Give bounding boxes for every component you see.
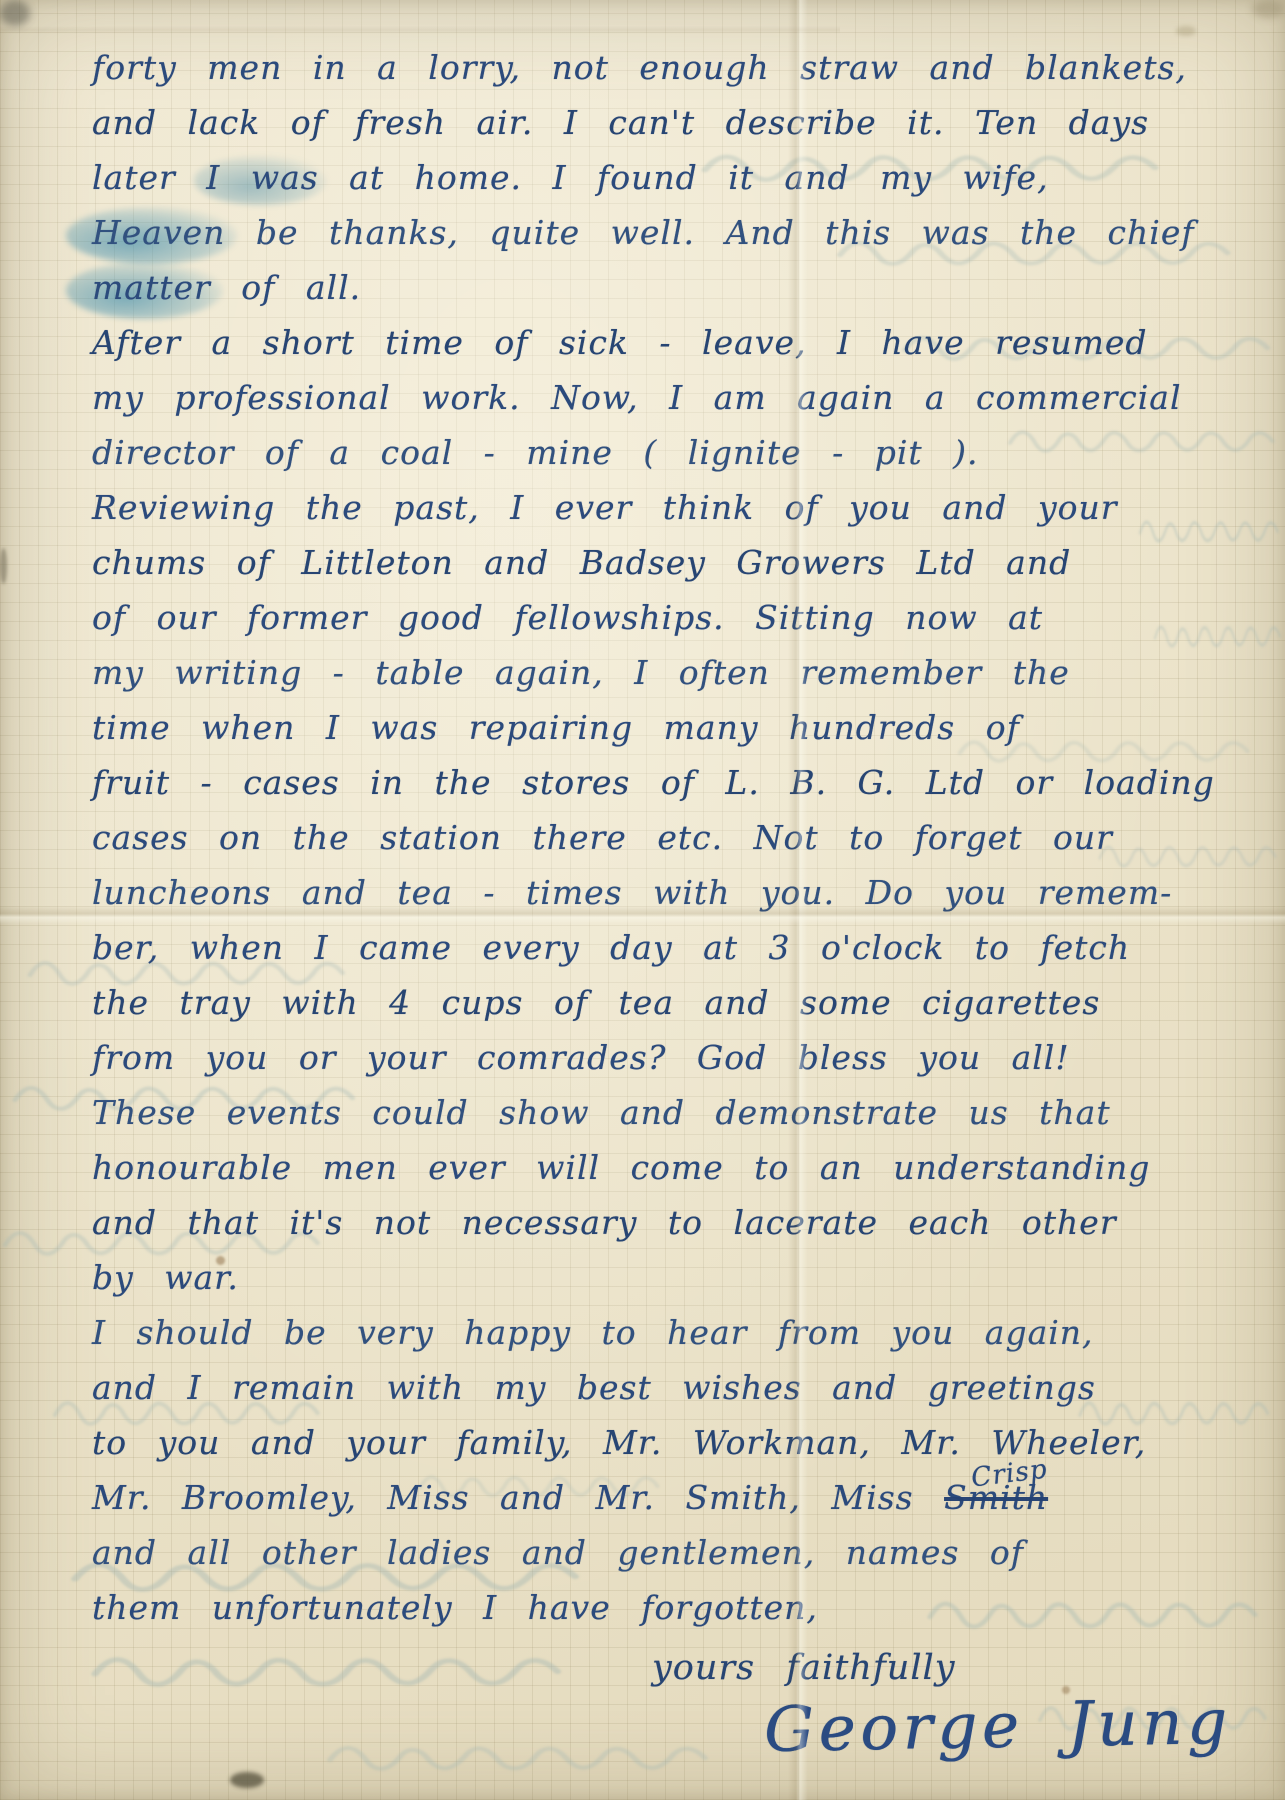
- line-text: These events could show and demonstrate …: [92, 1093, 1111, 1132]
- letter-line: my professional work. Now, I am again a …: [92, 370, 1227, 425]
- letter-line: chums of Littleton and Badsey Growers Lt…: [92, 535, 1227, 590]
- ink-smudged-word: Heaven: [92, 213, 225, 252]
- line-text: ber, when I came every day at 3 o'clock …: [92, 928, 1130, 967]
- line-text: After a short time of sick - leave, I ha…: [92, 323, 1148, 362]
- ink-smudged-word: I was: [206, 158, 318, 197]
- letter-line: and I remain with my best wishes and gre…: [92, 1360, 1227, 1415]
- line-text: I should be very happy to hear from you …: [92, 1313, 1094, 1352]
- letter-line: by war.: [92, 1250, 1227, 1305]
- inserted-word: Crisp: [968, 1441, 1051, 1505]
- letter-line: time when I was repairing many hundreds …: [92, 700, 1227, 755]
- letter-page: forty men in a lorry, not enough straw a…: [0, 0, 1285, 1800]
- line-text: of our former good fellowships. Sitting …: [92, 598, 1043, 637]
- line-text: Reviewing the past, I ever think of you …: [92, 488, 1118, 527]
- line-text: of all.: [211, 268, 361, 307]
- line-text: and that it's not necessary to lacerate …: [92, 1203, 1117, 1242]
- line-text: later: [92, 158, 206, 197]
- letter-line: fruit - cases in the stores of L. B. G. …: [92, 755, 1227, 810]
- letter-body: forty men in a lorry, not enough straw a…: [92, 40, 1227, 1751]
- line-text: from you or your comrades? God bless you…: [92, 1038, 1070, 1077]
- ink-smudged-word: matter: [92, 268, 211, 307]
- line-text: and lack of fresh air. I can't describe …: [92, 103, 1149, 142]
- letter-line: ber, when I came every day at 3 o'clock …: [92, 920, 1227, 975]
- letter-line: These events could show and demonstrate …: [92, 1085, 1227, 1140]
- letter-line: cases on the station there etc. Not to f…: [92, 810, 1227, 865]
- letter-line: my writing - table again, I often rememb…: [92, 645, 1227, 700]
- line-text: honourable men ever will come to an unde…: [92, 1148, 1150, 1187]
- line-text: cases on the station there etc. Not to f…: [92, 818, 1113, 857]
- line-text: by war.: [92, 1258, 239, 1297]
- line-text: chums of Littleton and Badsey Growers Lt…: [92, 543, 1071, 582]
- letter-line: the tray with 4 cups of tea and some cig…: [92, 975, 1227, 1030]
- line-text: director of a coal - mine ( lignite - pi…: [92, 433, 979, 472]
- line-text: and I remain with my best wishes and gre…: [92, 1368, 1096, 1407]
- letter-line: and lack of fresh air. I can't describe …: [92, 95, 1227, 150]
- letter-line: honourable men ever will come to an unde…: [92, 1140, 1227, 1195]
- line-text: them unfortunately I have forgotten,: [92, 1588, 818, 1627]
- letter-line: Reviewing the past, I ever think of you …: [92, 480, 1227, 535]
- line-text: luncheons and tea - times with you. Do y…: [92, 873, 1172, 912]
- letter-line: forty men in a lorry, not enough straw a…: [92, 40, 1227, 95]
- letter-line: and all other ladies and gentlemen, name…: [92, 1525, 1227, 1580]
- letter-line: them unfortunately I have forgotten,: [92, 1580, 1227, 1635]
- line-text: be thanks, quite well. And this was the …: [225, 213, 1194, 252]
- line-text: my professional work. Now, I am again a …: [92, 378, 1182, 417]
- letter-line: from you or your comrades? God bless you…: [92, 1030, 1227, 1085]
- line-text: my writing - table again, I often rememb…: [92, 653, 1070, 692]
- letter-line: later I was at home. I found it and my w…: [92, 150, 1227, 205]
- letter-line: luncheons and tea - times with you. Do y…: [92, 865, 1227, 920]
- signature-text: George Jung: [763, 1685, 1232, 1766]
- line-text: forty men in a lorry, not enough straw a…: [92, 48, 1187, 87]
- line-text: Mr. Broomley, Miss and Mr. Smith, Miss: [92, 1478, 944, 1517]
- line-text: fruit - cases in the stores of L. B. G. …: [92, 763, 1215, 802]
- letter-line: to you and your family, Mr. Workman, Mr.…: [92, 1415, 1227, 1470]
- letter-line: matter of all.: [92, 260, 1227, 315]
- line-text: and all other ladies and gentlemen, name…: [92, 1533, 1024, 1572]
- letter-line: director of a coal - mine ( lignite - pi…: [92, 425, 1227, 480]
- letter-line: and that it's not necessary to lacerate …: [92, 1195, 1227, 1250]
- line-text: at home. I found it and my wife,: [319, 158, 1049, 197]
- letter-line: Heaven be thanks, quite well. And this w…: [92, 205, 1227, 260]
- letter-line: After a short time of sick - leave, I ha…: [92, 315, 1227, 370]
- letter-line: I should be very happy to hear from you …: [92, 1305, 1227, 1360]
- line-text: time when I was repairing many hundreds …: [92, 708, 1020, 747]
- line-text: the tray with 4 cups of tea and some cig…: [92, 983, 1100, 1022]
- closing-text: yours faithfully: [652, 1648, 955, 1688]
- signature: George Jung: [764, 1692, 1228, 1755]
- correction: SmithCrisp: [944, 1470, 1048, 1525]
- letter-line: Mr. Broomley, Miss and Mr. Smith, Miss S…: [92, 1470, 1227, 1525]
- letter-line: of our former good fellowships. Sitting …: [92, 590, 1227, 645]
